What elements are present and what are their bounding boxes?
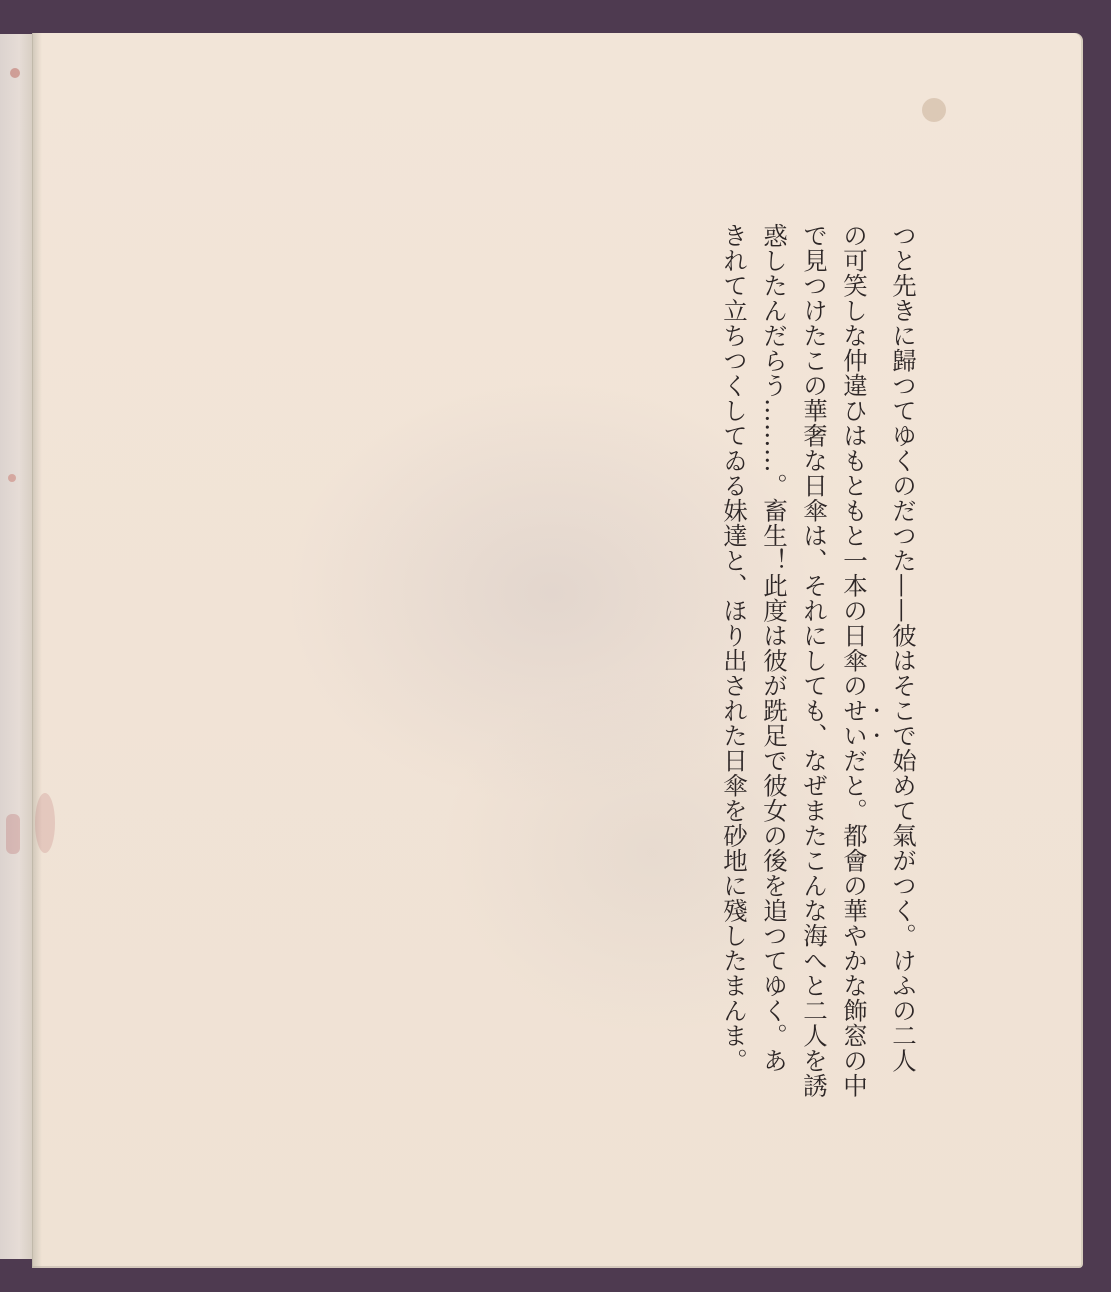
facing-page-edge — [0, 34, 32, 1259]
emphasized-text: せい — [840, 698, 869, 748]
text-column-1: つと先きに歸つてゆくのだつた——彼はそこで始めて氣がつく。けふの二人 — [883, 223, 923, 1023]
foxing-stain — [10, 68, 20, 78]
foxing-stain — [6, 814, 20, 854]
text-column-2-part-1: の可笑しな仲違ひはもともと一本の日傘の — [840, 223, 869, 698]
text-column-1-content: つと先きに歸つてゆくのだつた——彼はそこで始めて氣がつく。けふの二人 — [889, 223, 918, 1073]
text-column-2-part-2: だと。都會の華やかな飾窓の中 — [840, 748, 869, 1098]
paper-stain — [35, 793, 55, 853]
page-gutter-shadow — [32, 33, 42, 1268]
foxing-stain — [8, 474, 16, 482]
text-column-2: の可笑しな仲違ひはもともと一本の日傘のせいだと。都會の華やかな飾窓の中 — [834, 223, 883, 1023]
vertical-text-body: つと先きに歸つてゆくのだつた——彼はそこで始めて氣がつく。けふの二人 の可笑しな… — [714, 223, 923, 1023]
text-column-5: きれて立ちつくしてゐる妹達と、ほり出された日傘を砂地に殘したまんま。 — [714, 223, 754, 1023]
text-column-4-content: 惑したんだらう………。畜生！此度は彼が跣足で彼女の後を追つてゆく。あ — [760, 223, 789, 1073]
text-column-3: で見つけたこの華奢な日傘は、それにしても、なぜまたこんな海へと二人を誘 — [794, 223, 834, 1023]
text-column-5-content: きれて立ちつくしてゐる妹達と、ほり出された日傘を砂地に殘したまんま。 — [720, 223, 749, 1073]
paper-stain — [922, 98, 946, 122]
scanned-page-photo: つと先きに歸つてゆくのだつた——彼はそこで始めて氣がつく。けふの二人 の可笑しな… — [0, 0, 1111, 1292]
book-page: つと先きに歸つてゆくのだつた——彼はそこで始めて氣がつく。けふの二人 の可笑しな… — [32, 33, 1083, 1268]
text-column-4: 惑したんだらう………。畜生！此度は彼が跣足で彼女の後を追つてゆく。あ — [754, 223, 794, 1023]
text-column-3-content: で見つけたこの華奢な日傘は、それにしても、なぜまたこんな海へと二人を誘 — [800, 223, 829, 1098]
